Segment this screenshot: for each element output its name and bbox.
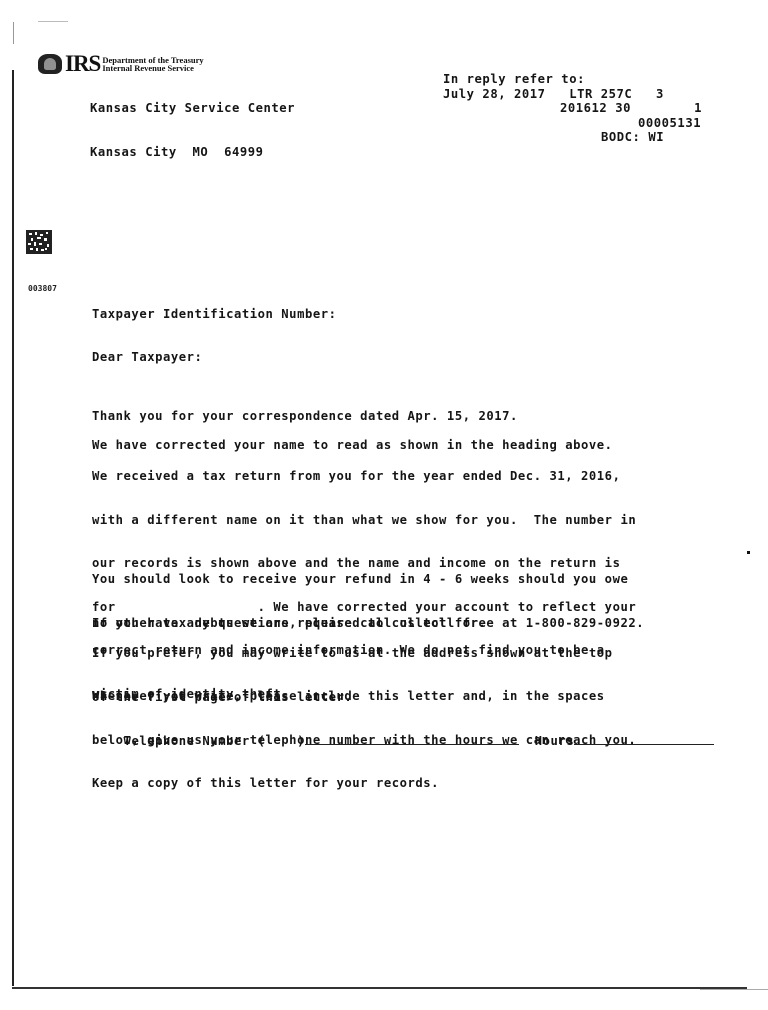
2d-barcode-icon bbox=[26, 230, 52, 254]
paragraph-line: Keep a copy of this letter for your reco… bbox=[92, 776, 636, 791]
page-edge-bottom-fade bbox=[700, 989, 768, 990]
irs-eagle-icon bbox=[38, 54, 62, 74]
sender-address: Kansas City Service Center Kansas City M… bbox=[90, 72, 295, 188]
reference-label: In reply refer to: bbox=[443, 72, 585, 87]
page-edge-bottom bbox=[12, 987, 747, 989]
letter-date-code: July 28, 2017 LTR 257C 3 bbox=[443, 87, 664, 102]
paragraph-line: We received a tax return from you for th… bbox=[92, 469, 636, 484]
telephone-label: Telephone Number ( ) bbox=[124, 734, 305, 748]
service-center-name: Kansas City Service Center bbox=[90, 101, 295, 116]
irs-wordmark: IRS bbox=[65, 54, 100, 74]
tin-label: Taxpayer Identification Number: bbox=[92, 307, 337, 322]
salutation: Dear Taxpayer: bbox=[92, 350, 202, 365]
scan-artifact-dot bbox=[747, 551, 750, 554]
paragraph-line: Whenever you write, please include this … bbox=[92, 689, 636, 704]
tax-period: 201612 30 1 bbox=[560, 101, 702, 116]
control-number: 00005131 bbox=[638, 116, 701, 131]
page-edge bbox=[13, 22, 14, 44]
paragraph-line: If you prefer, you may write to us at th… bbox=[92, 646, 613, 661]
page-edge-left bbox=[12, 70, 14, 986]
paragraph-line: with a different name on it than what we… bbox=[92, 513, 636, 528]
hours-field[interactable] bbox=[574, 733, 714, 745]
hours-label: Hours bbox=[535, 734, 574, 748]
telephone-field[interactable] bbox=[305, 733, 519, 745]
sequence-number: 003807 bbox=[28, 284, 57, 293]
department-name: Department of the Treasury Internal Reve… bbox=[102, 56, 203, 73]
service-center-city: Kansas City MO 64999 bbox=[90, 145, 295, 160]
paragraph-line: You should look to receive your refund i… bbox=[92, 572, 628, 587]
letter-page: IRS Department of the Treasury Internal … bbox=[0, 0, 768, 1010]
scan-artifact bbox=[38, 21, 68, 22]
response-fields: Telephone Number ( ) Hours bbox=[92, 718, 714, 763]
bodc-code: BODC: WI bbox=[601, 130, 664, 145]
